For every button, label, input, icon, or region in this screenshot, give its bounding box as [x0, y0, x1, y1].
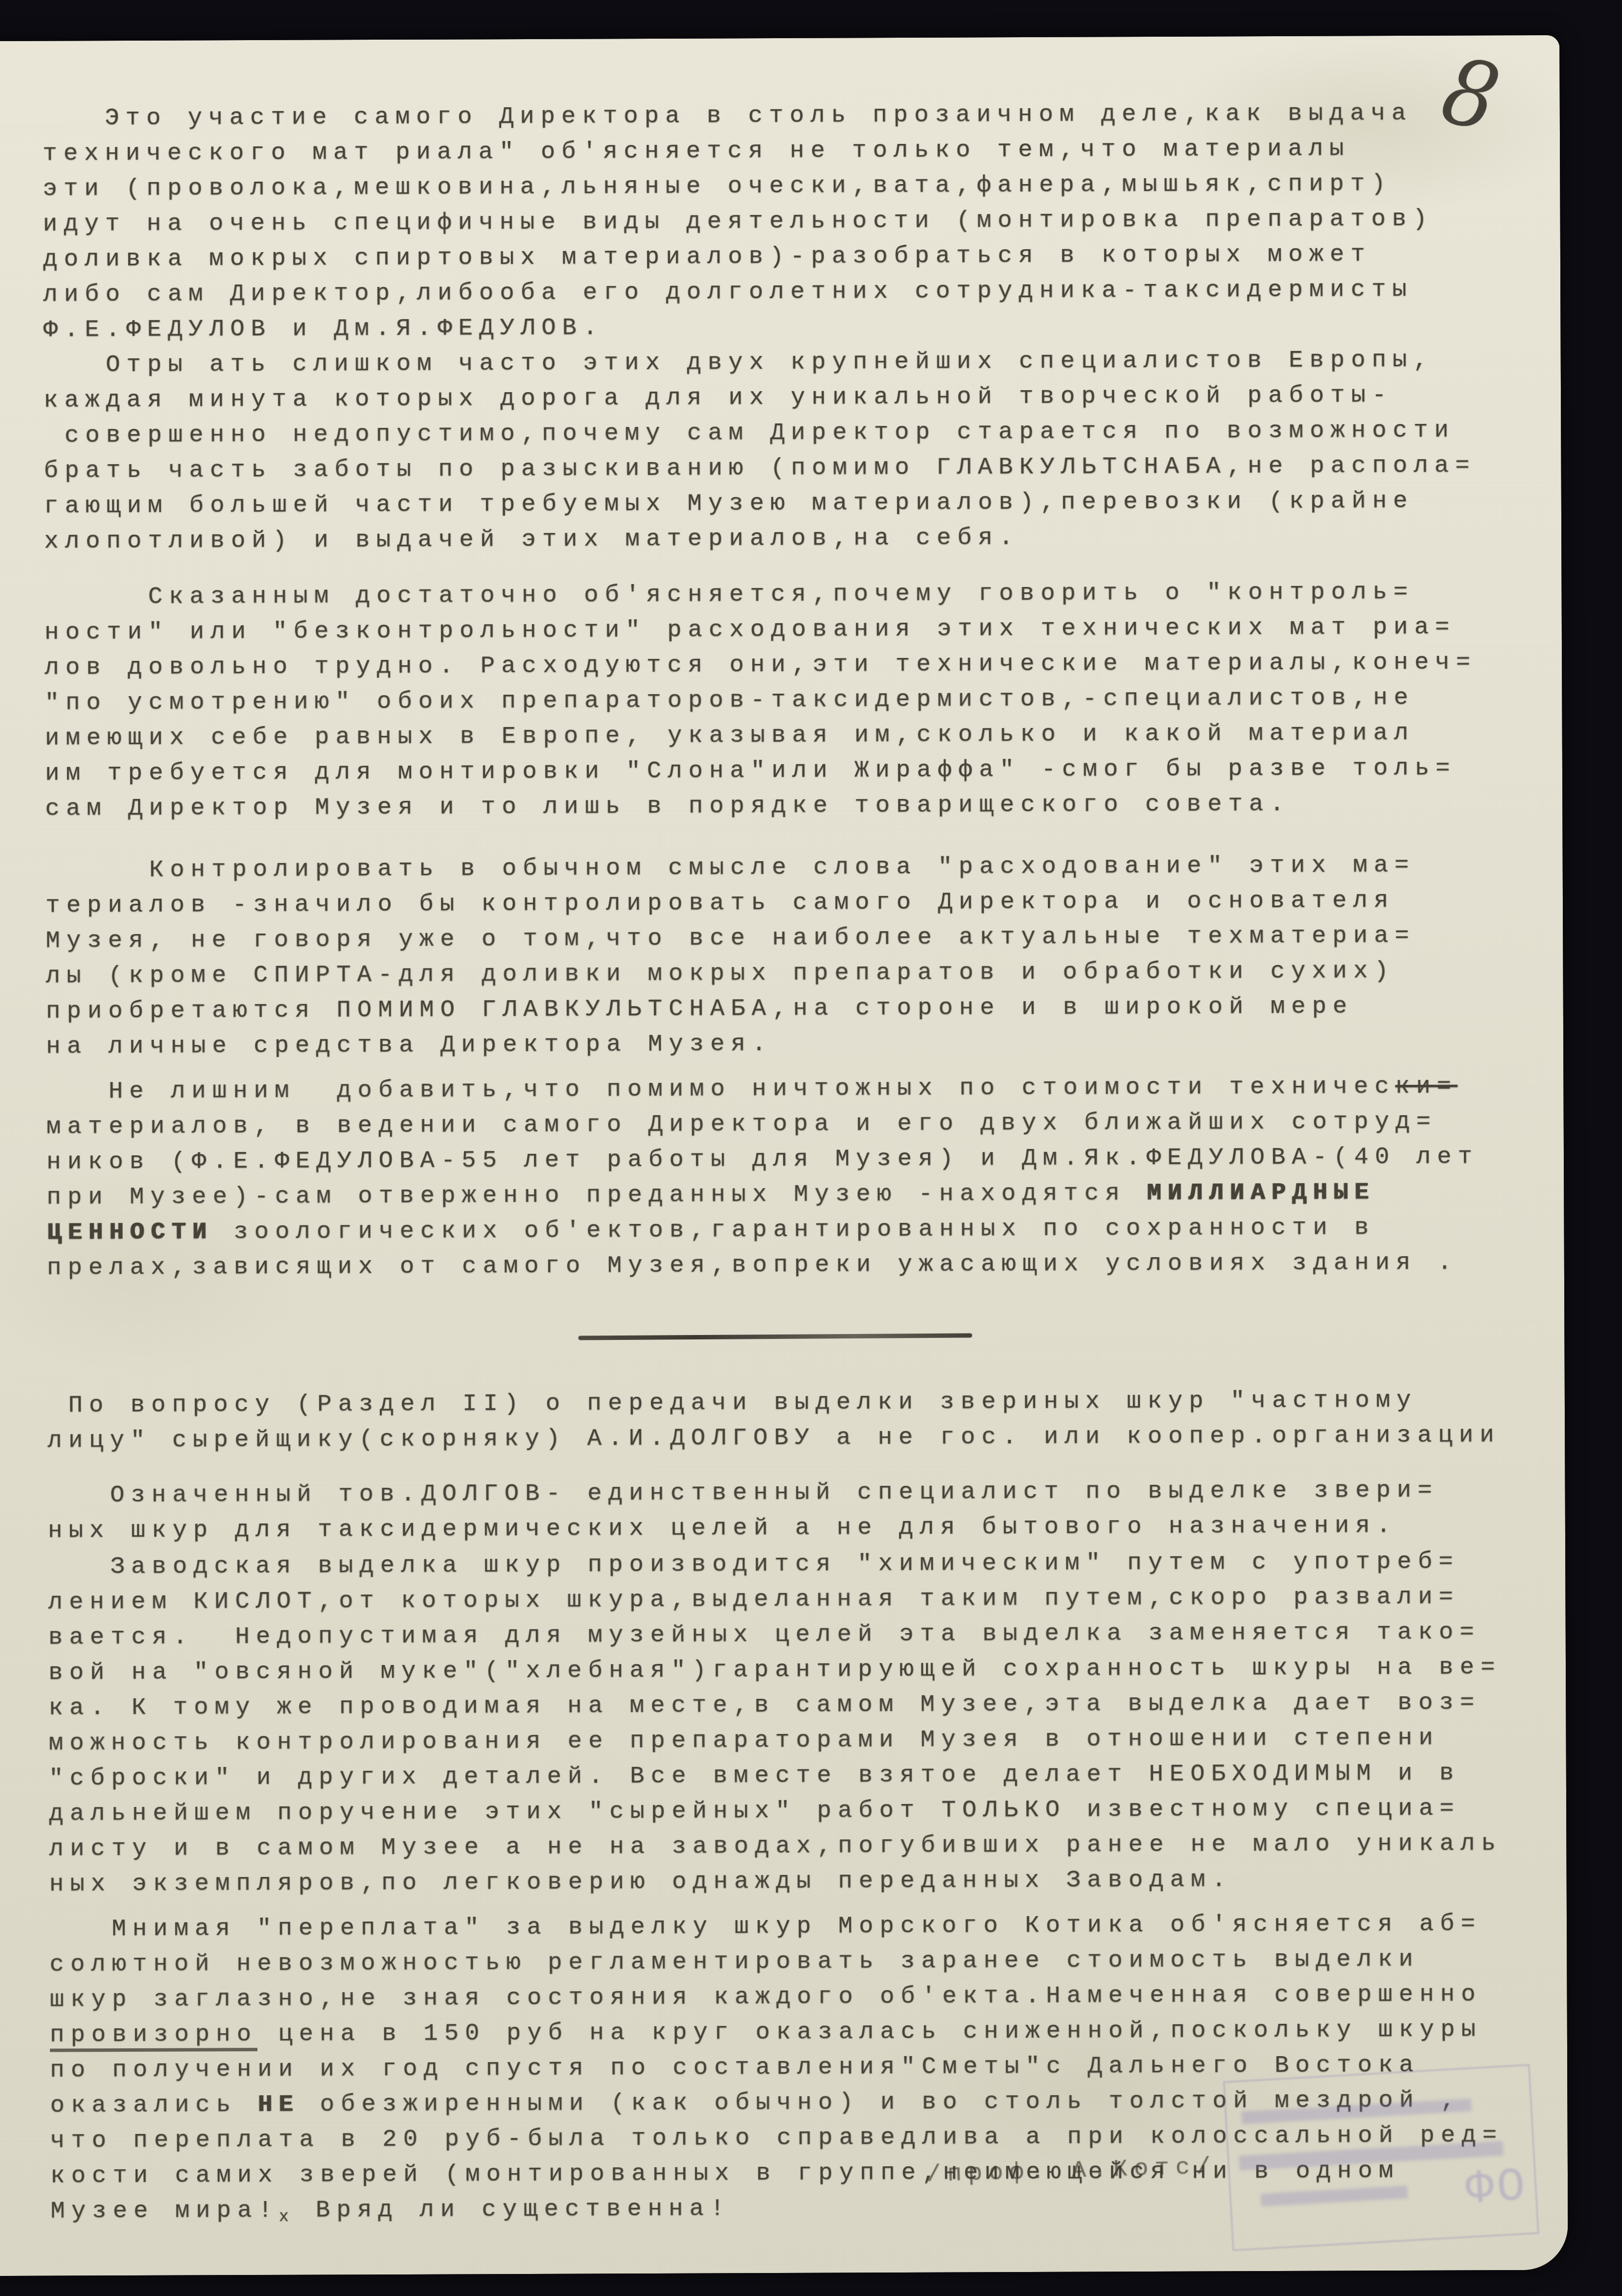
text-line: прелах,зависящих от самого Музея,вопреки… — [47, 1244, 1520, 1286]
text-segment: Мнимая "переплата" за выделку шкур Морск… — [49, 1910, 1482, 1943]
stamp-text-line — [1261, 2185, 1408, 2206]
text-line: лы (кроме СПИРТА-для доливки мокрых преп… — [46, 953, 1519, 994]
text-segment: Ф.Е.ФЕДУЛОВ и Дм.Я.ФЕДУЛОВ. — [43, 314, 603, 343]
text-line: По вопросу (Раздел II) о передачи выделк… — [47, 1382, 1521, 1423]
text-segment: шкур заглазно,не зная состояния каждого … — [50, 1980, 1482, 2013]
text-segment-b: НЕ — [257, 2091, 299, 2118]
text-line: вой на "овсяной муке"("хлебная")гарантир… — [48, 1649, 1522, 1690]
text-segment: Вряд ли существенна! — [295, 2195, 731, 2224]
text-segment: ности" или "безконтрольности" расходован… — [45, 613, 1456, 646]
text-segment: прелах,зависящих от самого Музея,вопреки… — [47, 1249, 1459, 1282]
text-segment: гающим большей части требуемых Музею мат… — [44, 487, 1414, 520]
text-segment: лов довольно трудно. Расходуются они,эти… — [45, 648, 1477, 681]
text-paragraph: По вопросу (Раздел II) о передачи выделк… — [47, 1382, 1521, 1458]
text-segment: технического мат риала" об'ясняется не т… — [43, 135, 1350, 167]
text-segment: ных шкур для таксидермических целей а не… — [48, 1512, 1397, 1545]
text-segment: вается. Недопустимая для музейных целей … — [48, 1618, 1481, 1651]
text-segment: имеющих себе равных в Европе, указывая и… — [45, 719, 1415, 752]
stamp-text-line — [1241, 2099, 1472, 2124]
text-line: Ф.Е.ФЕДУЛОВ и Дм.Я.ФЕДУЛОВ. — [43, 306, 1516, 348]
text-line: лов довольно трудно. Расходуются они,эти… — [45, 644, 1518, 685]
text-line: гающим большей части требуемых Музею мат… — [44, 483, 1517, 524]
text-segment: приобретаются ПОМИМО ГЛАВКУЛЬТСНАБА,на с… — [46, 992, 1354, 1025]
text-segment: "сброски" и других деталей. Все вместе в… — [49, 1759, 1460, 1792]
text-line: каждая минута которых дорога для их уник… — [44, 377, 1517, 418]
text-segment: сам Директор Музея и то лишь в порядке т… — [45, 790, 1290, 822]
text-line: "по усмотрению" обоих препараторов-такси… — [45, 679, 1518, 721]
text-segment: эти (проволока,мешковина,льняные очески,… — [43, 170, 1392, 203]
text-line: эти (проволока,мешковина,льняные очески,… — [43, 165, 1516, 207]
text-segment: Сказанным достаточно об'ясняется,почему … — [45, 578, 1414, 611]
text-line: при Музее)-сам отверженно преданных Музе… — [46, 1174, 1520, 1215]
text-line: ников (Ф.Е.ФЕДУЛОВА-55 лет работы для Му… — [46, 1139, 1520, 1180]
stamp: ФО — [1223, 2064, 1540, 2251]
text-paragraph: Контролировать в обычном смысле слова "р… — [46, 847, 1520, 1064]
text-segment: вой на "овсяной муке"("хлебная")гарантир… — [48, 1653, 1502, 1686]
text-segment: им требуется для монтировки "Слона"или Ж… — [45, 754, 1457, 787]
text-segment: ных экземпляров,по легковерию однажды пе… — [49, 1866, 1232, 1898]
text-line: можность контролирования ее препараторам… — [48, 1720, 1522, 1761]
text-line: лением КИСЛОТ,от которых шкура,выделанна… — [48, 1579, 1521, 1620]
text-line: ЦЕННОСТИ зоологических об'ектов,гарантир… — [46, 1209, 1520, 1250]
text-paragraph: Не лишним добавить,что помимо ничтожных … — [46, 1068, 1520, 1286]
text-paragraph: Сказанным достаточно об'ясняется,почему … — [44, 574, 1518, 826]
text-segment-sub: х — [279, 2208, 295, 2226]
text-line: Контролировать в обычном смысле слова "р… — [46, 847, 1519, 888]
text-line: Не лишним добавить,что помимо ничтожных … — [46, 1068, 1519, 1109]
text-segment: оказались — [50, 2091, 257, 2119]
text-line: ных шкур для таксидермических целей а не… — [48, 1507, 1521, 1548]
document-page: 8 Это участие самого Директора в столь п… — [0, 35, 1568, 2276]
text-segment: дальнейшем поручение этих "сырейных" раб… — [49, 1795, 1460, 1827]
text-segment: Заводская выделка шкур производится "хим… — [48, 1548, 1460, 1581]
text-segment: либо сам Директор,либооба его долголетни… — [43, 276, 1413, 308]
text-segment: листу и в самом Музее а не на заводах,по… — [49, 1829, 1502, 1862]
text-line: Заводская выделка шкур производится "хим… — [48, 1544, 1521, 1585]
text-line: Сказанным достаточно об'ясняется,почему … — [44, 574, 1517, 615]
text-segment: материалов, в ведении самого Директора и… — [46, 1108, 1437, 1141]
text-segment: брать часть заботы по разыскиванию (поми… — [44, 451, 1476, 484]
text-segment: хлопотливой) и выдачей этих материалов,н… — [44, 524, 1020, 555]
text-segment: на личные средства Директора Музея. — [46, 1030, 772, 1060]
text-line: Означенный тов.ДОЛГОВ- единственный спец… — [48, 1472, 1521, 1513]
text-line: листу и в самом Музее а не на заводах,по… — [49, 1826, 1522, 1867]
text-line: приобретаются ПОМИМО ГЛАВКУЛЬТСНАБА,на с… — [46, 988, 1519, 1029]
text-line: лицу" сырейщику(скорняку) А.И.ДОЛГОВУ а … — [47, 1417, 1521, 1458]
scan-background: { "page": { "number": "8" }, "signature"… — [0, 0, 1622, 2296]
text-line: им требуется для монтировки "Слона"или Ж… — [45, 750, 1518, 791]
text-line: териалов -значило бы контролировать само… — [46, 882, 1519, 923]
text-line: провизорно цена в 150 руб на круг оказал… — [50, 2012, 1523, 2053]
text-segment-b: МИЛЛИАРДНЫЕ — [1147, 1178, 1375, 1207]
document-content: Это участие самого Директора в столь про… — [43, 95, 1524, 2229]
text-line: ка. К тому же проводимая на месте,в само… — [48, 1685, 1522, 1726]
text-line: Мнимая "переплата" за выделку шкур Морск… — [49, 1906, 1523, 1947]
text-segment: лицу" сырейщику(скорняку) А.И.ДОЛГОВУ а … — [47, 1421, 1501, 1454]
text-segment: териалов -значило бы контролировать само… — [46, 887, 1395, 919]
text-segment: солютной невозможностью регламентировать… — [49, 1945, 1419, 1978]
text-segment: Музее мира! — [50, 2197, 279, 2225]
section-divider — [578, 1333, 972, 1340]
text-line: хлопотливой) и выдачей этих материалов,н… — [44, 518, 1517, 559]
text-paragraph: Означенный тов.ДОЛГОВ- единственный спец… — [48, 1472, 1522, 1548]
text-segment: лы (кроме СПИРТА-для доливки мокрых преп… — [46, 957, 1395, 990]
text-segment: зоологических об'ектов,гарантированных п… — [213, 1214, 1375, 1245]
text-paragraph: Отры ать слишком часто этих двух крупней… — [44, 342, 1518, 559]
text-segment: Означенный тов.ДОЛГОВ- единственный спец… — [48, 1476, 1438, 1509]
text-paragraph: Это участие самого Директора в столь про… — [43, 95, 1517, 348]
text-line: Это участие самого Директора в столь про… — [43, 95, 1516, 136]
text-segment-st: ки= — [1395, 1073, 1458, 1100]
text-line: солютной невозможностью регламентировать… — [49, 1941, 1523, 1982]
text-segment: при Музее)-сам отверженно преданных Музе… — [46, 1179, 1147, 1211]
text-segment: каждая минута которых дорога для их уник… — [44, 381, 1393, 414]
text-segment: "по усмотрению" обоих препараторов-такси… — [45, 684, 1414, 717]
text-segment: доливка мокрых спиртовых материалов)-раз… — [43, 240, 1371, 273]
text-segment-u: провизорно — [50, 2020, 257, 2052]
text-segment: Контролировать в обычном смысле слова "р… — [46, 851, 1415, 884]
text-segment: Не лишним добавить,что помимо ничтожных … — [46, 1073, 1395, 1105]
text-line: ных экземпляров,по легковерию однажды пе… — [49, 1861, 1523, 1902]
text-line: на личные средства Директора Музея. — [46, 1023, 1519, 1064]
text-line: Отры ать слишком часто этих двух крупней… — [44, 342, 1517, 383]
text-segment: идут на очень специфичные виды деятельно… — [43, 205, 1434, 238]
text-line: дальнейшем поручение этих "сырейных" раб… — [49, 1790, 1522, 1831]
text-segment: цена в 150 руб на круг оказалась сниженн… — [257, 2015, 1482, 2048]
text-line: доливка мокрых спиртовых материалов)-раз… — [43, 236, 1516, 277]
text-segment: Музея, не говоря уже о том,что все наибо… — [46, 922, 1415, 955]
text-segment: По вопросу (Раздел II) о передачи выделк… — [47, 1386, 1417, 1419]
text-line: технического мат риала" об'ясняется не т… — [43, 130, 1516, 171]
text-line: ности" или "безконтрольности" расходован… — [45, 609, 1518, 650]
text-segment: Это участие самого Директора в столь про… — [43, 99, 1413, 132]
text-segment: совершенно недопустимо,почему сам Директ… — [44, 417, 1455, 449]
text-segment: ка. К тому же проводимая на месте,в само… — [48, 1688, 1481, 1721]
text-segment-b: ЦЕННОСТИ — [46, 1218, 212, 1246]
text-line: вается. Недопустимая для музейных целей … — [48, 1614, 1522, 1655]
text-line: совершенно недопустимо,почему сам Директ… — [44, 412, 1517, 453]
text-line: имеющих себе равных в Европе, указывая и… — [45, 715, 1518, 756]
text-segment: Отры ать слишком часто этих двух крупней… — [44, 346, 1434, 379]
text-line: материалов, в ведении самого Директора и… — [46, 1103, 1520, 1145]
text-segment: можность контролирования ее препараторам… — [48, 1724, 1439, 1757]
text-line: Музея, не говоря уже о том,что все наибо… — [46, 917, 1519, 959]
text-line: брать часть заботы по разыскиванию (поми… — [44, 447, 1517, 489]
text-line: либо сам Директор,либооба его долголетни… — [43, 271, 1516, 312]
text-segment: по получении их год спустя по составлени… — [50, 2051, 1420, 2084]
text-paragraph: Заводская выделка шкур производится "хим… — [48, 1544, 1523, 1902]
text-line: сам Директор Музея и то лишь в порядке т… — [45, 785, 1518, 826]
text-segment: ников (Ф.Е.ФЕДУЛОВА-55 лет работы для Му… — [46, 1143, 1479, 1175]
stamp-glyphs: ФО — [1464, 2160, 1529, 2217]
text-line: идут на очень специфичные виды деятельно… — [43, 201, 1516, 242]
text-line: "сброски" и других деталей. Все вместе в… — [49, 1755, 1522, 1796]
text-line: шкур заглазно,не зная состояния каждого … — [49, 1976, 1523, 2017]
text-segment: лением КИСЛОТ,от которых шкура,выделанна… — [48, 1583, 1460, 1616]
